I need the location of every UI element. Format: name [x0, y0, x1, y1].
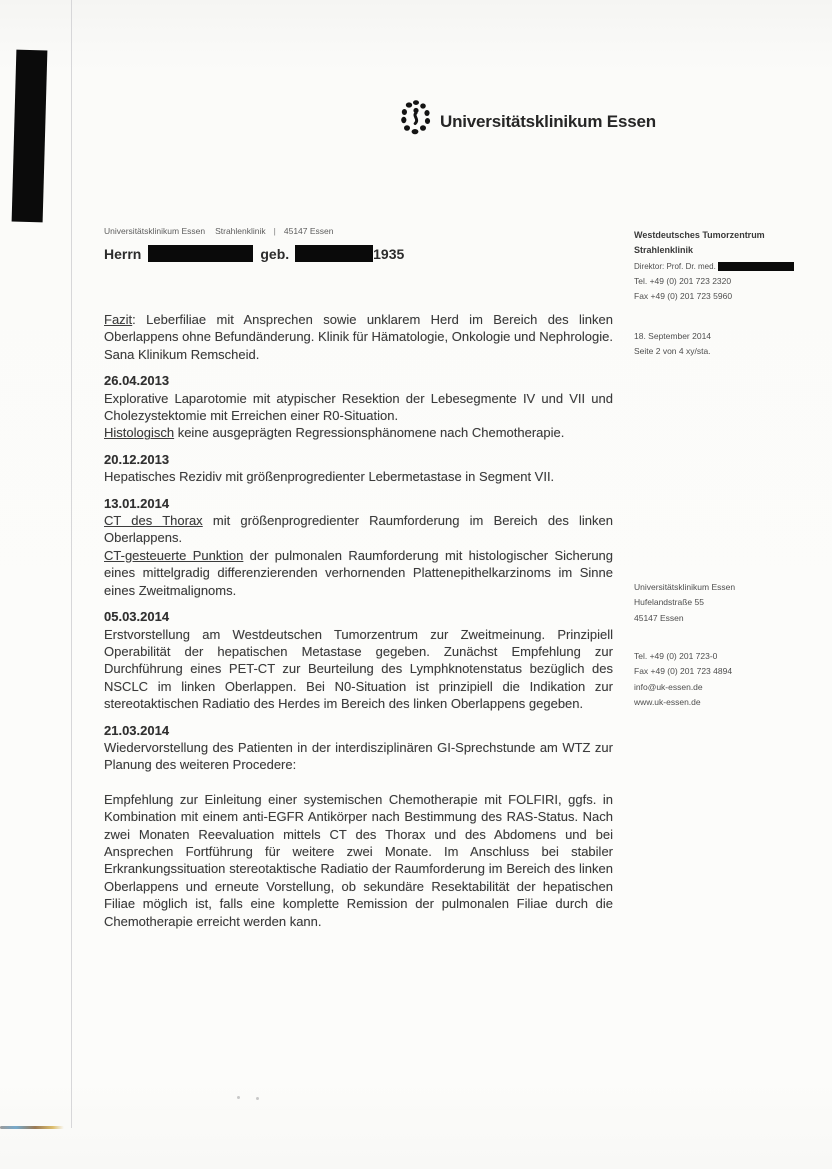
paragraph-text: Empfehlung zur Einleitung einer systemis…: [104, 792, 613, 929]
addressee-salutation: Herrn: [104, 246, 141, 262]
sidebar-tel: Tel. +49 (0) 201 723 2320: [634, 274, 809, 289]
sender-org: Universitätsklinikum Essen: [104, 226, 205, 236]
address-line: Hufelandstraße 55: [634, 595, 809, 610]
sender-dept: Strahlenklinik: [215, 226, 266, 236]
paragraph-text: Hepatisches Rezidiv mit größenprogredien…: [104, 469, 554, 484]
redaction-bar: [12, 50, 48, 223]
paragraph: Explorative Laparotomie mit atypischer R…: [104, 390, 613, 425]
paragraph: Erstvorstellung am Westdeutschen Tumorze…: [104, 626, 613, 713]
paragraph-text: Wiedervorstellung des Patienten in der i…: [104, 740, 613, 772]
section-date: 13.01.2014: [104, 495, 613, 512]
paragraph: Wiedervorstellung des Patienten in der i…: [104, 739, 613, 774]
letter-body: Fazit: Leberfiliae mit Ansprechen sowie …: [104, 311, 613, 930]
scan-artifact-line: [0, 1126, 64, 1129]
paragraph-lead: CT-gesteuerte Punktion: [104, 548, 243, 563]
addressee-line: Herrn geb. 1935: [104, 245, 404, 262]
paragraph-lead: CT des Thorax: [104, 513, 203, 528]
sidebar-address-block: Universitätsklinikum Essen Hufelandstraß…: [634, 580, 809, 626]
address-line: Universitätsklinikum Essen: [634, 580, 809, 595]
redaction-bar-director: [718, 262, 794, 271]
paragraph-lead: Histologisch: [104, 425, 174, 440]
contact-fax: Fax +49 (0) 201 723 4894: [634, 664, 809, 679]
sidebar-clinic-info: Westdeutsches Tumorzentrum Strahlenklini…: [634, 228, 809, 304]
contact-email: info@uk-essen.de: [634, 680, 809, 695]
redaction-bar-birthdate: [295, 245, 373, 262]
address-line: 45147 Essen: [634, 611, 809, 626]
sidebar-date-block: 18. September 2014 Seite 2 von 4 xy/sta.: [634, 329, 809, 360]
section-date: 05.03.2014: [104, 608, 613, 625]
header-logo: Universitätsklinikum Essen: [399, 99, 656, 144]
paragraph: Histologisch keine ausgeprägten Regressi…: [104, 424, 613, 441]
addressee-birth-year: 1935: [373, 246, 404, 262]
section-date: 20.12.2013: [104, 451, 613, 468]
document-scan: Universitätsklinikum Essen Universitätsk…: [0, 0, 832, 1169]
fazit-text: : Leberfiliae mit Ansprechen sowie unkla…: [104, 312, 613, 362]
sidebar-dept: Strahlenklinik: [634, 243, 809, 258]
sender-line: Universitätsklinikum EssenStrahlenklinik…: [104, 226, 334, 236]
section-date: 21.03.2014: [104, 722, 613, 739]
redaction-bar-name: [148, 245, 253, 262]
page-info: Seite 2 von 4 xy/sta.: [634, 344, 809, 359]
paper-edge-line: [71, 0, 72, 1128]
contact-web: www.uk-essen.de: [634, 695, 809, 710]
uk-essen-logo-icon: [399, 99, 434, 144]
sidebar-contact-block: Tel. +49 (0) 201 723-0 Fax +49 (0) 201 7…: [634, 649, 809, 710]
scan-speck: [237, 1096, 240, 1099]
logo-wordmark: Universitätsklinikum Essen: [440, 112, 656, 132]
paragraph-text: Explorative Laparotomie mit atypischer R…: [104, 391, 613, 423]
paragraph: CT-gesteuerte Punktion der pulmonalen Ra…: [104, 547, 613, 599]
scan-speck: [256, 1097, 259, 1100]
sender-separator: |: [274, 226, 276, 236]
fazit-lead: Fazit: [104, 312, 132, 327]
addressee-geb-label: geb.: [260, 246, 289, 262]
paragraph: Hepatisches Rezidiv mit größenprogredien…: [104, 468, 613, 485]
contact-tel: Tel. +49 (0) 201 723-0: [634, 649, 809, 664]
paragraph-text: keine ausgeprägten Regressionsphänomene …: [174, 425, 564, 440]
sidebar-fax: Fax +49 (0) 201 723 5960: [634, 289, 809, 304]
paragraph-text: Erstvorstellung am Westdeutschen Tumorze…: [104, 627, 613, 712]
sidebar-director-line: Direktor: Prof. Dr. med.: [634, 259, 809, 274]
paragraph-fazit: Fazit: Leberfiliae mit Ansprechen sowie …: [104, 311, 613, 363]
director-label: Direktor: Prof. Dr. med.: [634, 262, 716, 271]
paragraph: CT des Thorax mit größenprogredienter Ra…: [104, 512, 613, 547]
sidebar-org: Westdeutsches Tumorzentrum: [634, 228, 809, 243]
sender-city: 45147 Essen: [284, 226, 334, 236]
letter-date: 18. September 2014: [634, 329, 809, 344]
paragraph: Empfehlung zur Einleitung einer systemis…: [104, 791, 613, 930]
section-date: 26.04.2013: [104, 372, 613, 389]
